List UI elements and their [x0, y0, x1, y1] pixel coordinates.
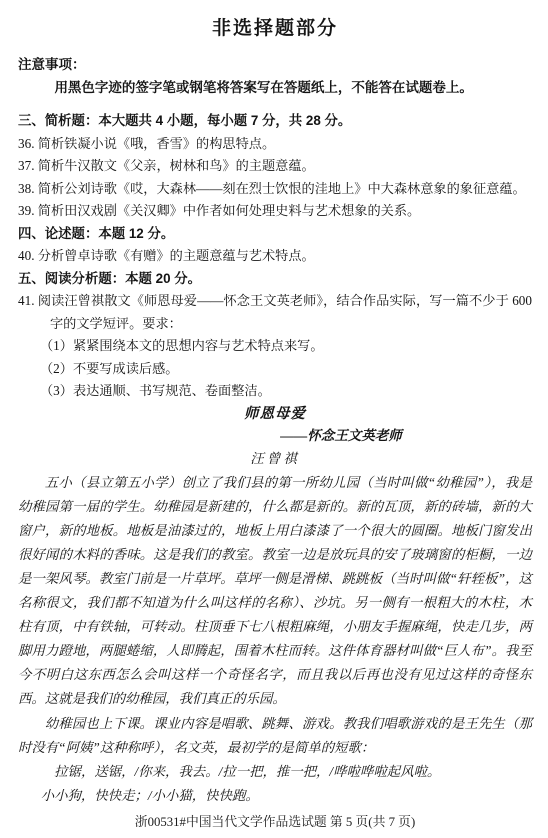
requirement-3: （3）表达通顺、书写规范、卷面整洁。	[18, 380, 532, 403]
requirement-2: （2）不要写成读后感。	[18, 358, 532, 381]
question-41: 41. 阅读汪曾祺散文《师恩母爱——怀念王文英老师》，结合作品实际，写一篇不少于…	[18, 290, 532, 335]
exam-page: 非选择题部分 注意事项： 用黑色字迹的签字笔或钢笔将答案写在答题纸上，不能答在试…	[0, 0, 548, 838]
song-line-1: 拉锯，送锯，/你来，我去。/拉一把，推一把，/哗啦哗啦起风啦。	[18, 760, 532, 784]
question-38: 38. 简析公刘诗歌《哎，大森林——刻在烈士饮恨的洼地上》中大森林意象的象征意蕴…	[18, 178, 532, 201]
essay-subtitle: ——怀念王文英老师	[84, 425, 548, 448]
notice-body: 用黑色字迹的签字笔或钢笔将答案写在答题纸上，不能答在试题卷上。	[18, 76, 532, 100]
essay-title: 师恩母爱	[18, 403, 532, 426]
section-three-heading: 三、简析题：本大题共 4 小题，每小题 7 分，共 28 分。	[18, 110, 532, 133]
page-title: 非选择题部分	[18, 16, 532, 42]
question-36: 36. 简析铁凝小说《哦，香雪》的构思特点。	[18, 133, 532, 156]
essay-author: 汪曾祺	[18, 448, 532, 471]
requirement-1: （1）紧紧围绕本文的思想内容与艺术特点来写。	[18, 335, 532, 358]
song-line-2: 小小狗，快快走；/小小猫，快快跑。	[18, 784, 532, 808]
essay-paragraph-2: 幼稚园也上下课。课业内容是唱歌、跳舞、游戏。教我们唱歌游戏的是王先生（那时没有“…	[18, 712, 532, 760]
section-four-heading: 四、论述题：本题 12 分。	[18, 223, 532, 246]
question-area: 三、简析题：本大题共 4 小题，每小题 7 分，共 28 分。 36. 简析铁凝…	[18, 110, 532, 403]
essay-paragraph-1: 五小（县立第五小学）创立了我们县的第一所幼儿园（当时叫做“幼稚园”），我是幼稚园…	[18, 471, 532, 711]
page-footer: 浙00531#中国当代文学作品选试题 第 5 页(共 7 页)	[18, 813, 532, 831]
question-40: 40. 分析曾卓诗歌《有赠》的主题意蕴与艺术特点。	[18, 245, 532, 268]
question-37: 37. 简析牛汉散文《父亲，树林和鸟》的主题意蕴。	[18, 155, 532, 178]
notice-heading: 注意事项：	[18, 54, 532, 76]
essay-block: 师恩母爱 ——怀念王文英老师 汪曾祺 五小（县立第五小学）创立了我们县的第一所幼…	[18, 403, 532, 809]
section-five-heading: 五、阅读分析题：本题 20 分。	[18, 268, 532, 291]
question-39: 39. 简析田汉戏剧《关汉卿》中作者如何处理史料与艺术想象的关系。	[18, 200, 532, 223]
